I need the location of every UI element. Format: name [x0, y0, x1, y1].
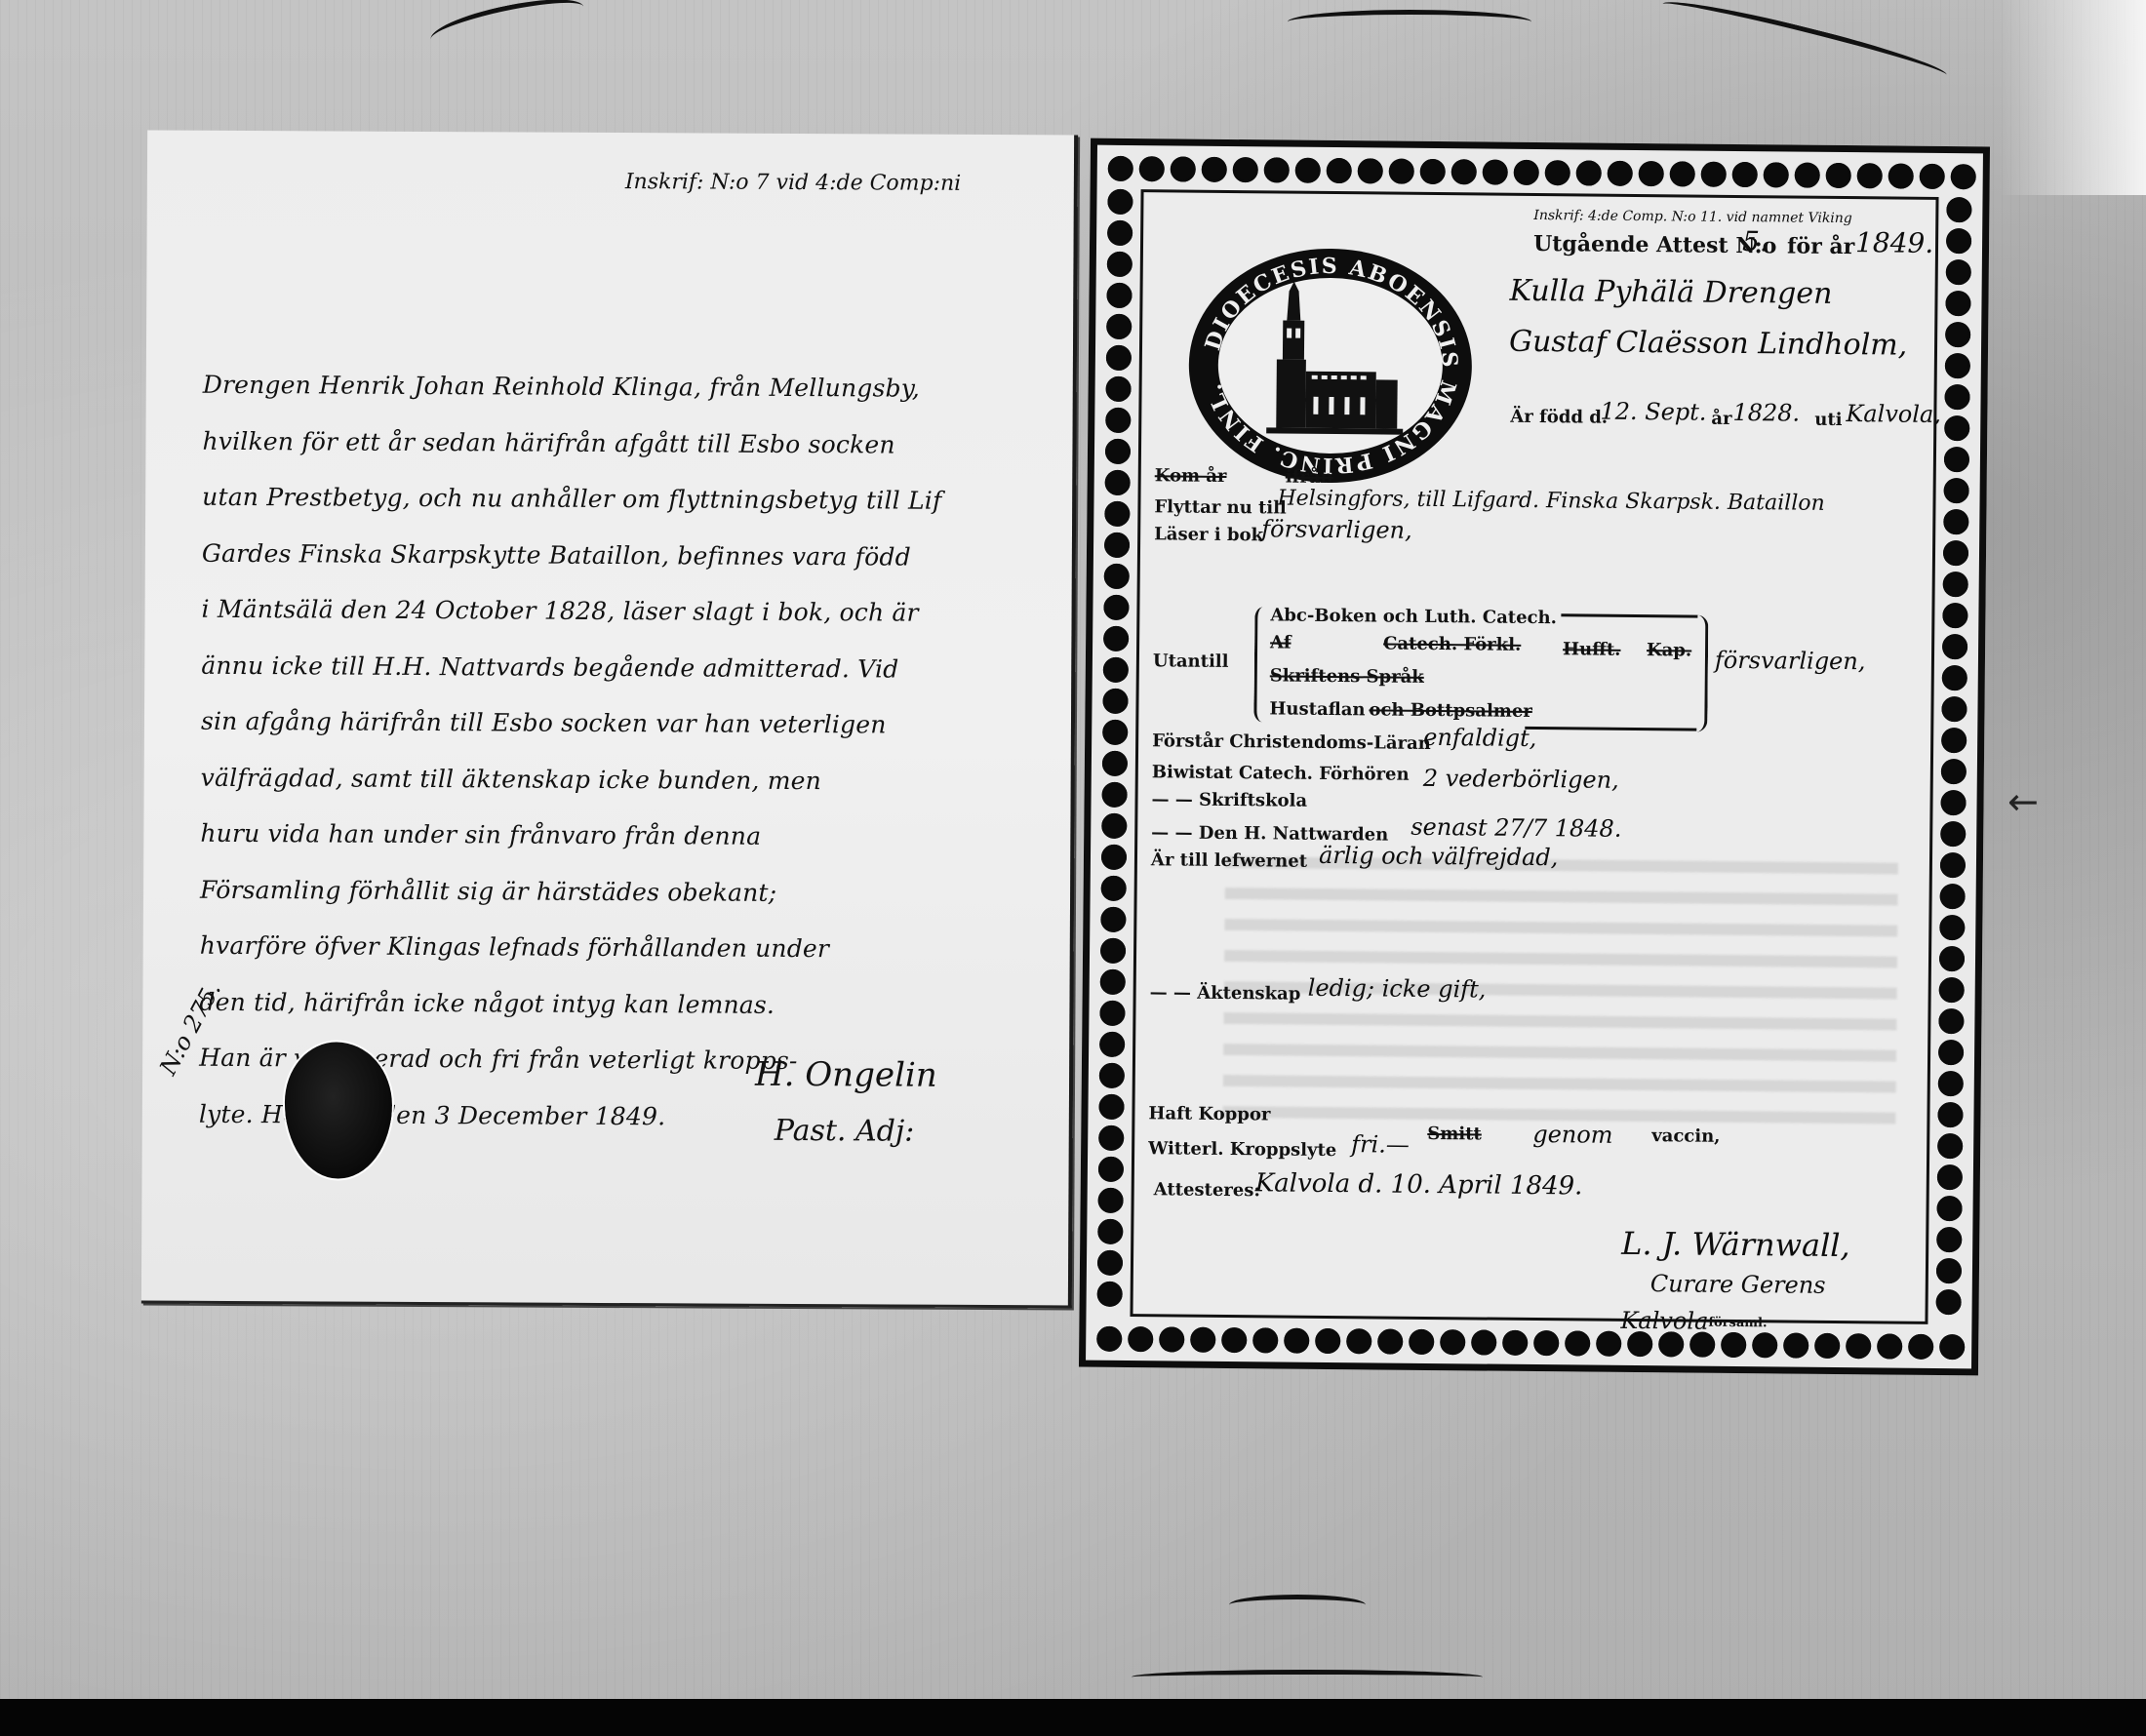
understands-value: enfaldigt, [1423, 724, 1536, 752]
attest-year: 1849. [1855, 226, 1933, 259]
letter-line: ännu icke till H.H. Nattvards begående a… [201, 637, 1059, 697]
moves-destination: Helsingfors, till Lifgard. Finska Skarps… [1277, 486, 1824, 515]
year-label: för år [1787, 233, 1854, 259]
attended-value: 2 vederbörligen, [1423, 765, 1619, 794]
letter-line: huru vida han under sin frånvaro från de… [200, 806, 1058, 866]
margin-arrow-icon: ← [2007, 780, 2039, 823]
letter-body: Drengen Henrik Johan Reinhold Klinga, fr… [199, 357, 1061, 1147]
vaccine-label: vaccin, [1651, 1125, 1720, 1147]
understands-label: Förstår Christendoms-Läran [1152, 730, 1431, 754]
letter-signature: H. Ongelin [755, 1055, 937, 1095]
letter-reference-note: Inskrif: N:o 7 vid 4:de Comp:ni [625, 170, 962, 196]
born-label: Är född d. [1510, 407, 1608, 428]
attested-label: Attesteres: [1154, 1179, 1261, 1201]
smallpox-struck: Smitt [1427, 1124, 1482, 1145]
film-scratch [1288, 10, 1531, 34]
letter-line: den tid, härifrån icke något intyg kan l… [199, 973, 1057, 1034]
communion-value: senast 27/7 1848. [1411, 813, 1621, 843]
by-heart-item: Skriftens Språk [1270, 665, 1424, 688]
margin-note: Inskrif: 4:de Comp. N:o 11. vid namnet V… [1533, 208, 1852, 226]
person-line-2: Gustaf Claësson Lindholm, [1509, 325, 1907, 363]
certificate-signature-title: Curare Gerens [1650, 1270, 1826, 1299]
by-heart-item: Hufft. [1563, 639, 1621, 660]
born-place: Kalvola, [1846, 400, 1941, 428]
letter-line: hvilken för ett år sedan härifrån afgått… [202, 413, 1060, 473]
church-icon [1258, 281, 1407, 438]
reads-label: Läser i bok [1154, 524, 1263, 545]
letter-line: hvarföre öfver Klingas lefnads förhållan… [200, 918, 1058, 978]
confession-label: — — Skriftskola [1151, 789, 1307, 811]
came-label: Kom år [1155, 465, 1227, 487]
defects-label: Witterl. Kroppslyte [1148, 1138, 1336, 1161]
marriage-label: — — Äktenskap [1150, 982, 1301, 1004]
smallpox-value: genom [1532, 1121, 1612, 1149]
letter-line: välfrägdad, samt till äktenskap icke bun… [201, 749, 1059, 809]
letter-line: Drengen Henrik Johan Reinhold Klinga, fr… [203, 357, 1061, 417]
film-scratch [1132, 1670, 1483, 1684]
by-heart-item: Hustaflan [1269, 698, 1365, 720]
wax-seal-icon [285, 1042, 393, 1179]
film-scratch [1229, 1595, 1366, 1615]
attested-value: Kalvola d. 10. April 1849. [1255, 1168, 1583, 1201]
bracket-line [1525, 727, 1696, 731]
attest-header-label: Utgående Attest N:o [1533, 231, 1777, 258]
person-line-1: Kulla Pyhälä Drengen [1509, 274, 1832, 311]
smallpox-label: Haft Koppor [1148, 1103, 1270, 1124]
attest-number: 5. [1742, 225, 1768, 257]
by-heart-label: Utantill [1153, 651, 1229, 672]
by-heart-item: Abc-Boken och Luth. Catech. [1270, 605, 1557, 628]
letter-line: i Mäntsälä den 24 October 1828, läser sl… [201, 581, 1059, 642]
certificate-signature: L. J. Wärnwall, [1621, 1225, 1850, 1264]
letter-line: Församling förhållit sig är härstädes ob… [200, 861, 1058, 922]
by-heart-value: försvarligen, [1715, 647, 1866, 675]
born-place-label: uti [1814, 410, 1842, 430]
letter-line: sin afgång härifrån till Esbo socken var… [201, 693, 1059, 754]
bracket-line [1561, 613, 1697, 617]
reads-value: försvarligen, [1261, 515, 1412, 543]
by-heart-item: Af [1270, 632, 1292, 652]
letter-line: utan Prestbetyg, och nu anhåller om flyt… [202, 469, 1060, 530]
handwritten-letter: Inskrif: N:o 7 vid 4:de Comp:ni Drengen … [141, 131, 1078, 1309]
moving-certificate: DIOECESIS ABOENSIS MAGNI PRINC. FINL. In… [1079, 138, 1990, 1376]
from-label: ifrån [1286, 467, 1333, 488]
attended-label: Biwistat Catech. Förhören [1152, 762, 1410, 785]
marriage-value: ledig; icke gift, [1308, 974, 1487, 1004]
certificate-content-area: DIOECESIS ABOENSIS MAGNI PRINC. FINL. In… [1130, 189, 1938, 1324]
born-year-label: år [1711, 409, 1731, 429]
film-edge [0, 1699, 2146, 1736]
conduct-value: ärlig och välfrejdad, [1319, 842, 1559, 871]
conduct-label: Är till lefwernet [1151, 849, 1307, 872]
light-leak [2000, 0, 2146, 195]
letter-signature-title: Past. Adj: [775, 1114, 915, 1149]
born-date: 12. Sept. [1600, 398, 1706, 426]
by-heart-item: Catech. Förkl. [1383, 634, 1521, 655]
born-year: 1828. [1732, 399, 1800, 427]
certificate-signature-parish: Kalvola [1620, 1307, 1708, 1335]
certificate-signature-parish-suffix: församl. [1708, 1316, 1767, 1331]
brace-icon [1685, 614, 1708, 731]
letter-line: Gardes Finska Skarpskytte Bataillon, bef… [202, 525, 1060, 585]
defects-value: fri.— [1351, 1130, 1410, 1159]
by-heart-item: och Bottpsalmer [1369, 699, 1532, 722]
